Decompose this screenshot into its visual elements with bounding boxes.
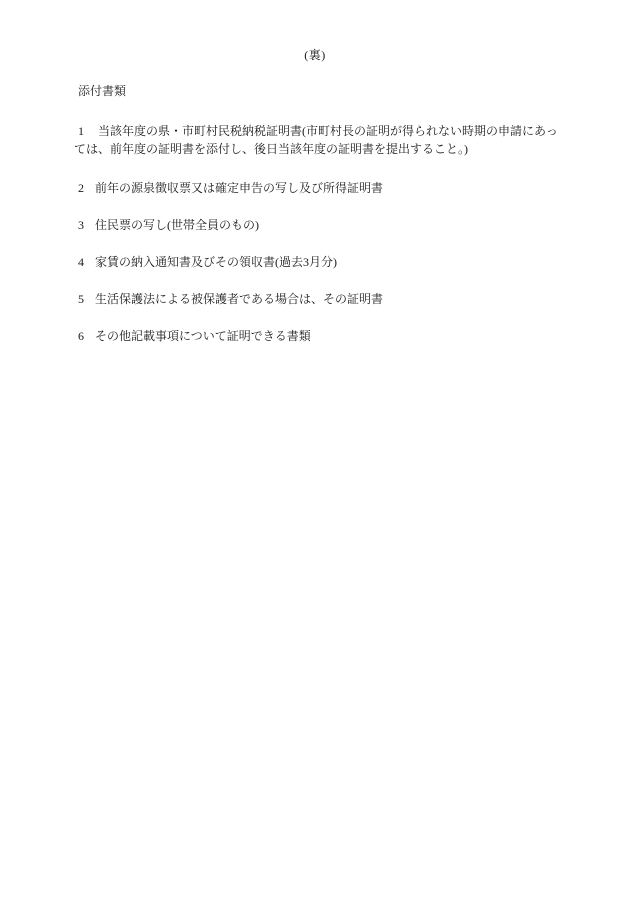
item-4-text: 家賃の納入通知書及びその領収書(過去3月分)	[95, 255, 337, 269]
item-6-text: その他記載事項について証明できる書類	[95, 329, 311, 343]
list-item-4: 4家賃の納入通知書及びその領収書(過去3月分)	[78, 253, 630, 271]
list-item-1-line-1: 1当該年度の県・市町村民税納税証明書(市町村長の証明が得られない時期の申請にあっ	[78, 122, 630, 140]
item-1-text: 当該年度の県・市町村民税納税証明書(市町村長の証明が得られない時期の申請にあっ	[98, 124, 558, 138]
item-2-number: 2	[78, 179, 95, 197]
item-4-number: 4	[78, 253, 95, 271]
list-item-1: 1当該年度の県・市町村民税納税証明書(市町村長の証明が得られない時期の申請にあっ…	[78, 122, 630, 158]
list-item-3: 3住民票の写し(世帯全員のもの)	[78, 216, 630, 234]
section-title: 添付書類	[78, 82, 630, 100]
attachment-list: 1当該年度の県・市町村民税納税証明書(市町村長の証明が得られない時期の申請にあっ…	[0, 122, 630, 345]
item-2-text: 前年の源泉徴収票又は確定申告の写し及び所得証明書	[95, 181, 383, 195]
list-item-6: 6その他記載事項について証明できる書類	[78, 327, 630, 345]
item-5-number: 5	[78, 290, 95, 308]
item-3-number: 3	[78, 216, 95, 234]
page-side-label: (裏)	[0, 46, 630, 64]
document-page: (裏) 添付書類 1当該年度の県・市町村民税納税証明書(市町村長の証明が得られな…	[0, 0, 630, 903]
item-1-number: 1	[78, 122, 98, 140]
list-item-1-line-2: ては、前年度の証明書を添付し、後日当該年度の証明書を提出すること。)	[74, 140, 630, 158]
item-5-text: 生活保護法による被保護者である場合は、その証明書	[95, 292, 383, 306]
list-item-2: 2前年の源泉徴収票又は確定申告の写し及び所得証明書	[78, 179, 630, 197]
item-3-text: 住民票の写し(世帯全員のもの)	[95, 218, 259, 232]
list-item-5: 5生活保護法による被保護者である場合は、その証明書	[78, 290, 630, 308]
item-6-number: 6	[78, 327, 95, 345]
